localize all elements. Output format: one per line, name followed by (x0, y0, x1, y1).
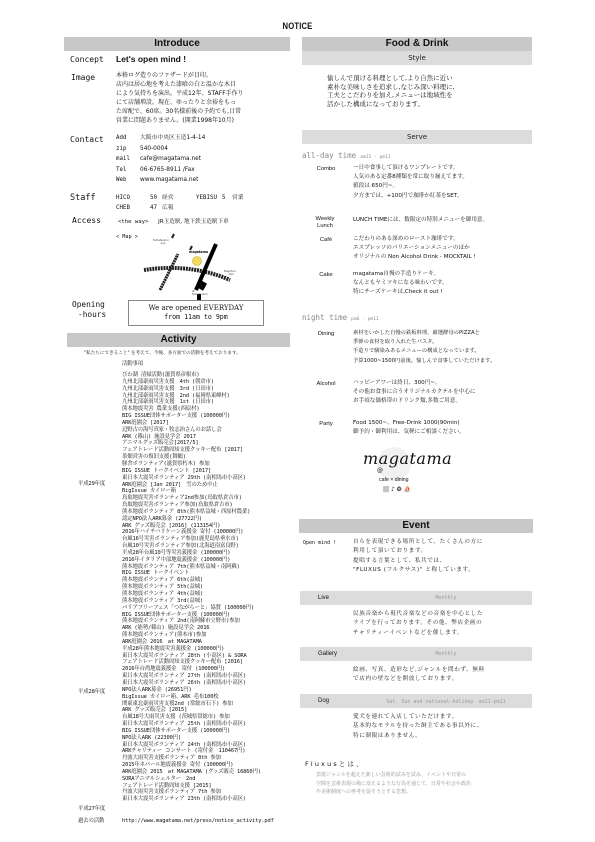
activity-item: 九州北部豪雨災害支援 3rd (日田市) (122, 386, 261, 393)
alcohol-label: Alcohol (308, 381, 344, 388)
allday-title: all-day time (302, 151, 356, 160)
activity-item: バリアフリーフェス「つながらーと」協賛 (100000円) (122, 605, 261, 612)
event-line: 特に制限はありません。 (353, 732, 483, 741)
style-description: 愉しんで頂ける料理として,より自然に近い 素朴な美味しさを追求し,なじみ深い料理… (327, 74, 455, 108)
opening-days: We are opened EVERYDAY (129, 304, 263, 312)
gallery-schedule: Monthly (360, 651, 532, 657)
contact-key: mail (116, 154, 140, 165)
cafe-description: こだわりのある深めのロースト珈琲です。 エスプレッソのバリエーションメニューのほ… (353, 235, 476, 263)
activity-item: 熊本地震ボランティア 8th(熊本県益城・西原村農業) (122, 509, 261, 516)
combo-label: Combo (308, 166, 344, 173)
page-title: NOTICE (45, 21, 551, 31)
serve-band: Serve (302, 130, 532, 144)
logo-tagline: cafe × dining (379, 477, 409, 483)
activity-item: 東日本大震災ボランティア 25th (南相馬市小高区) (122, 721, 261, 728)
image-line: 本格ログ造りのファザードが目印。 (116, 72, 244, 81)
event-line: 自らを表現できる場所として、たくさんの方に (353, 538, 483, 547)
menu-line: なんともヤミツキになる味わいです。 (353, 279, 448, 288)
concept-value: Let's open mind ! (116, 54, 186, 64)
activity-item: 辺野古の海写真家・牧志治さんのお話し会 (122, 427, 261, 434)
live-label: Live (300, 595, 360, 601)
night-hours: pm6 - pm11 (351, 317, 379, 322)
menu-line: 一日中食事して頂けるワンプレートです。 (353, 164, 468, 173)
menu-line: ハッピーアワーは終日、300円~。 (353, 379, 476, 388)
allday-hours: am11 - pm11 (360, 155, 390, 160)
menu-line: その他お食事に合うオリジナルカクテルを中心に (353, 388, 476, 397)
image-line: にて店舗増設。現在、ゆったりと余裕をもっ (116, 99, 244, 108)
activity-item: 2016年イタリア中部地震義援金 (100000円) (122, 557, 261, 564)
activity-item: 熊本地震ボランティア(熊本市)参加 (122, 632, 261, 639)
map-illustration: magatama Tamatsukuri -suji Nagahori -dor… (140, 232, 240, 304)
menu-line: 手造りで馴染みあるメニューの構成となっています。 (353, 347, 495, 356)
access-label: Access (72, 216, 101, 225)
menu-line: Food 1500~、Free-Drink 1000(90min) (353, 419, 465, 428)
opening-label-1: Opening (72, 300, 105, 309)
event-line: "FLUXUS (フルクサス)" と称しています。 (353, 566, 483, 575)
logo-icons: ||| ♪ ❂ ⛵ (383, 486, 411, 493)
style-line: 素朴な美味しさを追求し,なじみ深い料理に, (327, 83, 455, 92)
fluxus-line: 表現ジャンルを超えた新しい芸術的試みを試み、イベントや日常の (316, 771, 471, 780)
food-drink-header: Food & Drink (302, 37, 532, 51)
activity-item: 熊本地震ボランティア 3rd(益城) (122, 598, 261, 605)
magatama-logo: magatama @ cafe × dining ||| ♪ ❂ ⛵ (355, 445, 435, 507)
activity-item: 鳥取地震災害ボランティア参加(鳥取県倉吉市) (122, 502, 261, 509)
activity-item: BIG ISSUE トークイベント [2017] (122, 468, 261, 475)
email-link[interactable]: cafe@magatama.net (140, 154, 201, 165)
dog-schedule: Sat. Sun and national-holiday am11-pm11 (360, 698, 532, 705)
combo-description: 一日中食事して頂けるワンプレートです。 人気のある定番8種類を常に取り揃えてます… (353, 164, 468, 201)
opening-hours-box: We are opened EVERYDAY from 11am to 9pm (128, 300, 264, 326)
style-line: 工夫とこだわりを加え,メニューは地域性を (327, 91, 455, 100)
party-label: Party (308, 421, 344, 428)
activity-item: 台風10号災害ボランティア参加(北海道南富良野) (122, 543, 261, 550)
activity-item: ARK庭園会 2016 at MAGATAMA (122, 639, 261, 646)
zip-value: 540-0004 (140, 144, 168, 155)
logo-wordmark: magatama (363, 449, 452, 468)
year-marker-h27: 平成27年度 (78, 806, 105, 813)
event-line: で店内の壁などを開放しております。 (353, 675, 485, 684)
image-description: 本格ログ造りのファザードが目印。 店内は居心地を考えた漆喰の白と温かな木目 によ… (116, 72, 244, 125)
activity-item: 東日本大震災ボランティア 29th (南相馬市小高区) (122, 475, 261, 482)
activity-items-title: 活動事項 (122, 361, 143, 368)
alcohol-description: ハッピーアワーは終日、300円~。 その他お食事に合うオリジナルカクテルを中心に… (353, 379, 476, 407)
open-mind-label: Open mind ! (303, 540, 336, 546)
address-value: 大阪市中央区玉造1-4-14 (140, 133, 205, 144)
svg-text:Tamatsukuri: Tamatsukuri (192, 292, 208, 296)
activity-item: BigIssue カイロー箱、ARK 毛布100枚 (122, 694, 261, 701)
activity-item: 平成28年台風10号等災害義援金 (100000円) (122, 550, 261, 557)
contact-label: Contact (70, 135, 104, 144)
activity-item: 東日本大震災ボランティア 26th (南相馬市小高区) (122, 680, 261, 687)
activity-item: 東日本大震災ボランティア 23th (南相馬市小高区) (122, 796, 261, 803)
year-marker-h29: 平成29年度 (78, 481, 105, 488)
activity-intro: "私たちにできること" を考えて、今後、多方面での活動を考えております。 (84, 350, 241, 357)
cake-description: magatama自慢の手造りケーキ。 なんともヤミツキになる味わいです。 特にチ… (353, 270, 448, 298)
style-line: 愉しんで頂ける料理として,より自然に近い (327, 74, 455, 83)
menu-line: 御予約・御利用は、気軽にご相談ください。 (353, 428, 465, 437)
style-band: Style (302, 51, 532, 65)
contact-key: zip (116, 144, 140, 155)
way-label: <the way> (118, 219, 148, 225)
contact-key: Web (116, 175, 140, 186)
year-marker-h28: 平成28年度 (78, 689, 105, 696)
activity-item: 認定NPO法人ARK募金 (27722円) (122, 516, 261, 523)
image-label: Image (71, 73, 95, 82)
live-description: 民族音楽から現代音楽などの音楽を中心とした ライブを行っております。その他、弊店… (353, 610, 483, 638)
access-map[interactable]: magatama Tamatsukuri -suji Nagahori -dor… (140, 232, 240, 304)
menu-line: 夕方までは、+100円で珈琲か紅茶をSET。 (353, 192, 468, 201)
dog-label: Dog (300, 698, 360, 704)
contact-key: Add (116, 133, 140, 144)
weekly-lunch-description: LUNCH TIMEには、数限定の特別メニューを御用意。 (353, 216, 488, 225)
map-shop-label: magatama (189, 250, 208, 254)
activity-item: 鳥取地震災害ボランティア2nd参加(鳥取県倉吉市) (122, 495, 261, 502)
event-line: 絵画、写真、造形など,ジャンルを問わず、無料 (353, 666, 485, 675)
menu-line: エスプレッソのバリエーションメニューのほか (353, 244, 476, 253)
activity-item: BIG ISSUE団体サポーター支援 (100000円) (122, 728, 261, 735)
staff-name: YEBISU (196, 193, 222, 203)
activity-item: びわ湖 清掃活動(滋賀県彦根市) (122, 372, 261, 379)
style-line: 活かした構成になっております。 (327, 100, 455, 109)
past-activity-label: 過去の活動 (78, 818, 104, 825)
fluxus-line: 空間を芸術表現の場に変えるような行為を通じて、日常や社会や政治 (316, 780, 471, 789)
staff-age: 5 (222, 193, 232, 203)
event-line: チャリティーイベントなどを催します。 (353, 629, 483, 638)
activity-item: 熊本地震ボランティア 4th(益城) (122, 591, 261, 598)
contact-table: Add大阪市中央区玉造1-4-14 zip540-0004 mailcafe@m… (116, 133, 205, 186)
live-band: Live Monthly (300, 591, 532, 605)
spiral-icon: @ (377, 467, 383, 474)
contact-key: Tel (116, 165, 140, 176)
past-activity-link[interactable]: http://www.magatama.net/press/notice_act… (122, 818, 274, 825)
activity-item: 東日本大震災ボランティア 27th (南相馬市小高区) (122, 673, 261, 680)
event-header: Event (299, 519, 533, 533)
image-line: 営業に問題ありません。(開業1998年10月) (116, 117, 244, 126)
night-time-title: night timepm6 - pm11 (302, 313, 379, 322)
dining-label: Dining (308, 331, 344, 338)
introduce-header: Introduce (64, 37, 290, 51)
activity-item: NPO法人ARK募金 (26951円) (122, 687, 261, 694)
event-line: 基本的なモラルを持った飼主である事以外に、 (353, 722, 483, 731)
gallery-label: Gallery (300, 651, 360, 657)
dog-band: Dog Sat. Sun and national-holiday am11-p… (300, 694, 532, 708)
fluxus-description: 表現ジャンルを超えた新しい芸術的試みを試み、イベントや日常の 空間を芸術表現の場… (316, 771, 471, 797)
image-line: により気持ちを演出。平成12年、STAFF手作り (116, 90, 244, 99)
menu-line: お手頃な価格帯のドリンク類,多数ご用意。 (353, 397, 476, 406)
activity-item: 九州北部豪雨災害支援 4th (朝倉市) (122, 379, 261, 386)
open-mind-description: 自らを表現できる場所として、たくさんの方に 利用して頂いております。 提唱する言… (353, 538, 483, 576)
svg-text:-suji: -suji (160, 241, 166, 245)
activity-item: 茶畑営害の復旧支援(舞鶴) (122, 454, 261, 461)
staff-role: 広報 (162, 203, 174, 213)
opening-label-2: -hours (78, 310, 106, 319)
dog-description: 愛犬を連れて入店していただけます。 基本的なモラルを持った飼主である事以外に、 … (353, 713, 483, 741)
fluxus-title: Fluxusとは、 (305, 759, 365, 768)
activity-header: Activity (67, 333, 290, 347)
staff-age: 50 (150, 193, 162, 203)
access-directions: <the way> JR玉造駅, 地下鉄玉造駅下車 (118, 217, 229, 225)
activity-item: 台風18号大雨災害支援 (茨城県常総市) 参加 (122, 714, 261, 721)
activity-item: 2015年ネパール地震義援金 寄付 (100000円) (122, 762, 261, 769)
activity-item: 豚舎ボランティア(滋賀県朽木) 参加 (122, 461, 261, 468)
menu-line: 予算1000~1500円前後。愉しんで食事していただけます。 (353, 357, 495, 366)
live-schedule: Monthly (360, 595, 532, 601)
activity-item: ARK庭園会 2015 at MAGATAMA (グッズ販売 16860円) (122, 769, 261, 776)
opening-time: from 11am to 9pm (129, 313, 263, 321)
map-label: < Map > (116, 234, 138, 240)
activity-item: 熊本地震ボランティア 5th(益城) (122, 584, 261, 591)
menu-line: 人気のある定番8種類を常に取り揃えてます。 (353, 173, 468, 182)
activity-list: びわ湖 清掃活動(滋賀県彦根市)九州北部豪雨災害支援 4th (朝倉市)九州北部… (122, 372, 261, 803)
gallery-description: 絵画、写真、造形など,ジャンルを問わず、無料 で店内の壁などを開放しております。 (353, 666, 485, 685)
menu-line: 値段は 650円~。 (353, 182, 468, 191)
website-link[interactable]: www.magatama.net (140, 175, 198, 186)
activity-item: 平成28年熊本地震災害義援金 (100000円) (122, 646, 261, 653)
event-line: 提唱する言葉として、私共では、 (353, 557, 483, 566)
event-line: 利用して頂いております。 (353, 547, 483, 556)
menu-line: 季節の食材を取り入れた生パスタ。 (353, 338, 495, 347)
event-line: 民族音楽から現代音楽などの音楽を中心とした (353, 610, 483, 619)
image-line: 店内は居心地を考えた漆喰の白と温かな木目 (116, 81, 244, 90)
menu-line: オリジナルの Non Alcohol Drink - MOCKTAIL ! (353, 253, 476, 262)
activity-item: NPO法人ARK (22300円) (122, 735, 261, 742)
cafe-label: Café (308, 237, 344, 244)
fluxus-line: や美術制度への再考を促そうとする思想。 (316, 788, 471, 797)
allday-time-title: all-day timeam11 - pm11 (302, 151, 391, 160)
dining-description: 素材をいかした自慢の鉄板料理、厳選酵母のPIZZAと 季節の食材を取り入れた生パ… (353, 329, 495, 366)
staff-age: 47 (150, 203, 162, 213)
staff-role: 経営 (162, 193, 196, 203)
image-line: た席配で、60席。30名様前後の予約でも,日常 (116, 108, 244, 117)
phone-value: 06-6765-8911 /Fax (140, 165, 195, 176)
menu-line: 特にチーズケーキは,Check it out ! (353, 288, 448, 297)
concept-label: Concept (70, 55, 104, 64)
activity-item: SORAアニマルシェルター 2nd (122, 776, 261, 783)
staff-name: CHEB (116, 203, 150, 213)
staff-name: HICO (116, 193, 150, 203)
staff-label: Staff (70, 193, 96, 203)
gallery-band: Gallery Monthly (300, 647, 532, 661)
event-line: ライブを行っております。その他、弊店企画の (353, 619, 483, 628)
cake-label: Cake (308, 272, 344, 279)
party-description: Food 1500~、Free-Drink 1000(90min) 御予約・御利… (353, 419, 465, 437)
activity-item: BIG ISSUE団体サポーター支援 (100000円) (122, 413, 261, 420)
night-title: night time (302, 313, 347, 322)
staff-list: HICO 50 経営 YEBISU 5 営業 CHEB 47 広報 (116, 193, 244, 213)
svg-text:-dori: -dori (228, 272, 234, 276)
menu-line: 素材をいかした自慢の鉄板料理、厳選酵母のPIZZAと (353, 329, 495, 338)
way-value: JR玉造駅, 地下鉄玉造駅下車 (158, 219, 229, 225)
staff-role: 営業 (232, 193, 244, 203)
activity-item: ARK庭園会 [2017] (122, 420, 261, 427)
menu-line: こだわりのある深めのロースト珈琲です。 (353, 235, 476, 244)
menu-line: magatama自慢の手造りケーキ。 (353, 270, 448, 279)
weekly-lunch-label: Weekly Lunch (308, 216, 342, 229)
event-line: 愛犬を連れて入店していただけます。 (353, 713, 483, 722)
